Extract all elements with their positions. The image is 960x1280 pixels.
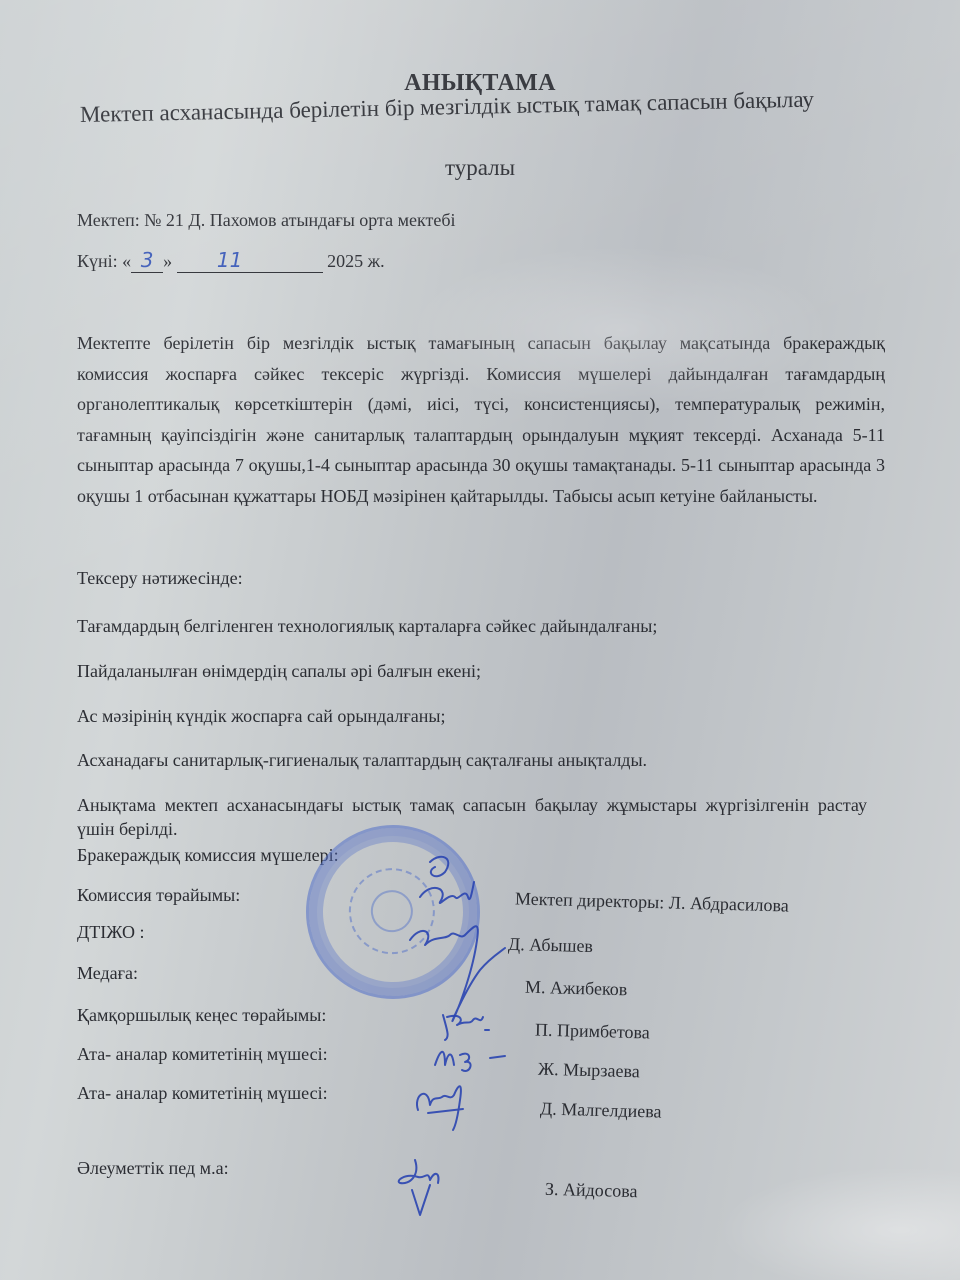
signatory-name: П. Примбетова [535, 1020, 650, 1044]
results-heading: Тексеру нәтижесінде: [77, 568, 243, 589]
closing-paragraph: Анықтама мектеп асханасындағы ыстық тама… [77, 793, 867, 841]
date-day-value: 3 [141, 248, 154, 272]
document-page: АНЫҚТАМА Мектеп асханасында берілетін бі… [0, 0, 960, 1280]
signatory-name: Д. Малгелдиева [540, 1098, 662, 1122]
school-label: Мектеп: № 21 Д. Пахомов атындағы орта ме… [77, 210, 456, 231]
signatory-role: Медаға: [77, 963, 138, 984]
date-day-field: 3 [131, 248, 163, 273]
date-suffix: 2025 ж. [327, 251, 384, 271]
signatory-role: Ата- аналар комитетінің мүшесі: [77, 1083, 328, 1104]
date-mid: » [163, 251, 172, 271]
signatory-role: ДТІЖО : [77, 922, 144, 943]
signatory-role: Комиссия төрайымы: [77, 885, 240, 906]
handwritten-signature-icon [408, 1075, 478, 1135]
signatory-name: Мектеп директоры: Л. Абдрасилова [515, 888, 789, 916]
document-subtitle-line2: туралы [0, 155, 960, 181]
members-heading: Бракераждық комиссия мүшелері: [77, 845, 339, 866]
signatory-role: Ата- аналар комитетінің мүшесі: [77, 1044, 328, 1065]
signatory-name: Д. Абышев [508, 934, 593, 957]
result-item: Пайдаланылған өнімдердің сапалы әрі балғ… [77, 661, 481, 682]
result-item: Ас мәзірінің күндік жоспарға сай орындал… [77, 706, 445, 727]
date-month-value: 11 [217, 248, 242, 272]
handwritten-signature-icon [390, 1155, 450, 1225]
signatory-name: З. Айдосова [545, 1179, 638, 1202]
body-paragraph: Мектепте берілетін бір мезгілдік ыстық т… [77, 328, 885, 511]
signatory-role: Әлеуметтік пед м.а: [77, 1158, 229, 1179]
signatory-role: Қамқоршылық кеңес төрайымы: [77, 1005, 326, 1026]
date-month-field: 11 [177, 248, 323, 273]
handwritten-signature-icon [435, 1005, 495, 1045]
result-item: Асханадағы санитарлық-гигиеналық талапта… [77, 750, 647, 771]
date-line: Күні: «3» 11 2025 ж. [77, 248, 385, 273]
date-prefix: Күні: « [77, 251, 131, 271]
handwritten-signature-icon [430, 1040, 520, 1075]
signatory-name: Ж. Мырзаева [538, 1059, 640, 1083]
result-item: Тағамдардың белгіленген технологиялық ка… [77, 616, 657, 637]
signatory-name: М. Ажибеков [525, 977, 628, 1001]
